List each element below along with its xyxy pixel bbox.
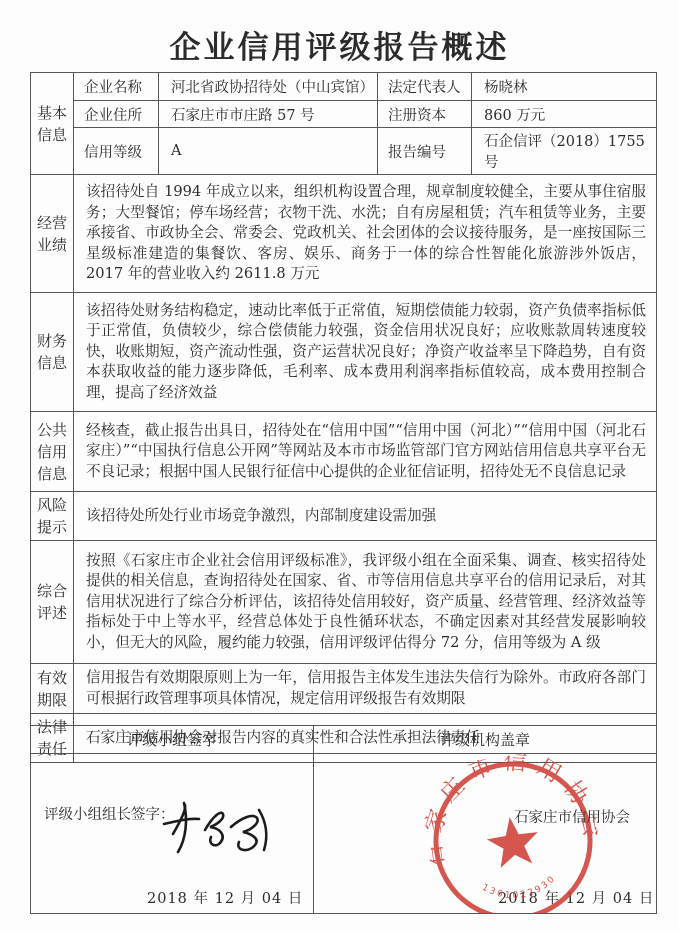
signoff-header-agency-seal: 评级机构盖章: [314, 726, 657, 754]
table-row: 有效期限 信用报告有效期限原则上为一年，信用报告主体发生违法失信行为除外。市政府…: [31, 664, 657, 714]
report-table: 基本信息 企业名称 河北省政协招待处（中山宾馆） 法定代表人 杨晓林 企业住所 …: [30, 72, 657, 763]
section-text-business-performance: 该招待处自 1994 年成立以来，组织机构设置合理，规章制度较健全，主要从事住宿…: [74, 175, 657, 293]
field-value-registered-capital: 860 万元: [472, 101, 657, 128]
field-value-report-number: 石企信评（2018）1755 号: [472, 128, 657, 175]
section-label-validity-period: 有效期限: [31, 664, 74, 714]
field-label-registered-capital: 注册资本: [378, 101, 472, 128]
section-label-financial-info: 财务信息: [31, 293, 74, 412]
signature-date: 2018 年 12 月 04 日: [147, 887, 303, 908]
field-label-legal-representative: 法定代表人: [378, 73, 472, 101]
signoff-header-team-signature: 评级小组签字: [31, 726, 314, 754]
field-label-credit-grade: 信用等级: [74, 128, 159, 175]
table-row: 信用等级 A 报告编号 石企信评（2018）1755 号: [31, 128, 657, 175]
table-row: 基本信息 企业名称 河北省政协招待处（中山宾馆） 法定代表人 杨晓林: [31, 73, 657, 101]
table-row: 风险提示 该招待处所处行业市场竞争激烈，内部制度建设需加强: [31, 492, 657, 541]
page-title: 企业信用评级报告概述: [0, 22, 679, 67]
section-label-basic-info: 基本信息: [31, 73, 74, 175]
table-row: 综合评述 按照《石家庄市企业社会信用评级标准》，我评级小组在全面采集、调查、核实…: [31, 541, 657, 664]
table-row: 企业住所 石家庄市市庄路 57 号 注册资本 860 万元: [31, 101, 657, 128]
field-value-company-name: 河北省政协招待处（中山宾馆）: [159, 73, 378, 101]
credit-rating-report-page: 企业信用评级报告概述 基本信息 企业名称 河北省政协招待处（中山宾馆） 法定代表…: [0, 0, 679, 933]
signoff-table: 评级小组签字 评级机构盖章 评级小组组长签字： 牛令贺 2018 年: [30, 725, 657, 914]
section-text-risk-warning: 该招待处所处行业市场竞争激烈，内部制度建设需加强: [74, 492, 657, 541]
field-label-company-address: 企业住所: [74, 101, 159, 128]
red-official-seal: 石家庄市信用协会 1301022930: [417, 754, 609, 914]
section-text-validity-period: 信用报告有效期限原则上为一年，信用报告主体发生违法失信行为除外。市政府各部门可根…: [74, 664, 657, 714]
seal-code-text: 1301022930: [479, 872, 561, 906]
table-row: 财务信息 该招待处财务结构稳定，速动比率低于正常值，短期偿债能力较弱，资产负债率…: [31, 293, 657, 412]
field-label-company-name: 企业名称: [74, 73, 159, 101]
agency-name-text: 石家庄市信用协会: [514, 806, 630, 827]
section-label-public-credit-info: 公共信用信息: [31, 412, 74, 492]
field-value-legal-representative: 杨晓林: [472, 73, 657, 101]
section-label-business-performance: 经营业绩: [31, 175, 74, 293]
field-label-report-number: 报告编号: [378, 128, 472, 175]
signoff-body-row: 评级小组组长签字： 牛令贺 2018 年 12 月 04 日 2018 年 12…: [31, 754, 657, 914]
signoff-header-row: 评级小组签字 评级机构盖章: [31, 726, 657, 754]
field-value-credit-grade: A: [159, 128, 378, 175]
table-row: 经营业绩 该招待处自 1994 年成立以来，组织机构设置合理，规章制度较健全，主…: [31, 175, 657, 293]
section-text-overall-review: 按照《石家庄市企业社会信用评级标准》，我评级小组在全面采集、调查、核实招待处提供…: [74, 541, 657, 664]
section-label-risk-warning: 风险提示: [31, 492, 74, 541]
seal-cell: 2018 年 12 月 04 日 石家庄市信用协会 1301022930: [314, 754, 657, 914]
section-text-public-credit-info: 经核查，截止报告出具日，招待处在“信用中国”“信用中国（河北）”“信用中国（河北…: [74, 412, 657, 492]
table-row: 公共信用信息 经核查，截止报告出具日，招待处在“信用中国”“信用中国（河北）”“…: [31, 412, 657, 492]
section-text-financial-info: 该招待处财务结构稳定，速动比率低于正常值，短期偿债能力较弱，资产负债率指标低于正…: [74, 293, 657, 412]
section-label-overall-review: 综合评述: [31, 541, 74, 664]
field-value-company-address: 石家庄市市庄路 57 号: [159, 101, 378, 128]
signature-cell: 评级小组组长签字： 牛令贺 2018 年 12 月 04 日: [31, 754, 314, 914]
svg-text:1301022930: 1301022930: [479, 872, 561, 906]
team-leader-signature-label: 评级小组组长签字：: [44, 803, 175, 824]
